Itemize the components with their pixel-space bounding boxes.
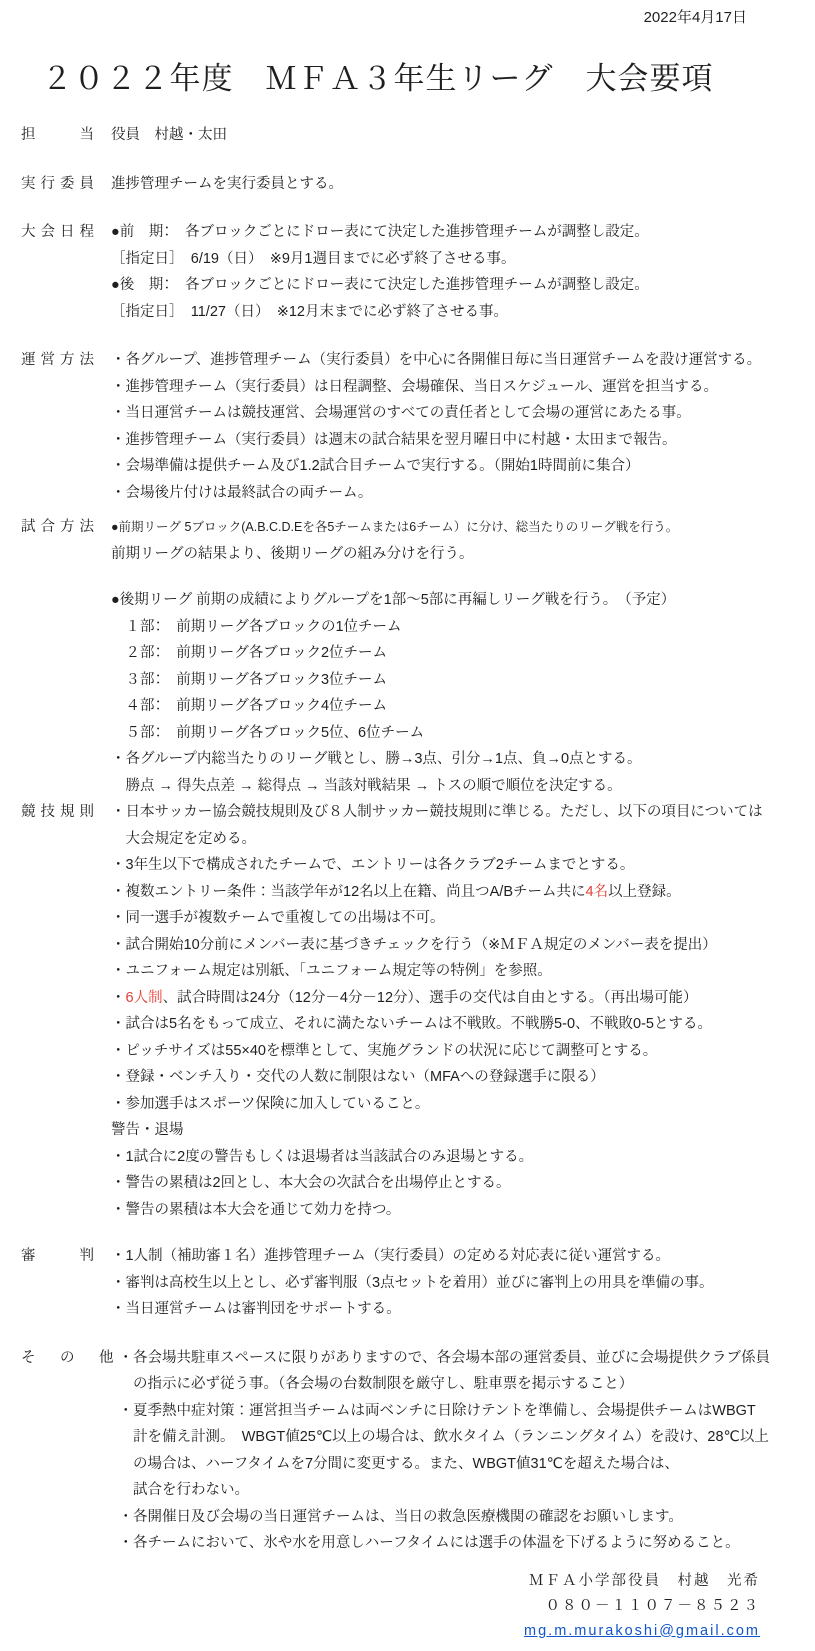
content-line: ・各グループ内総当たりのリーグ戦とし、勝→3点、引分→1点、負→0点とする。 bbox=[111, 746, 805, 773]
content-line: ・試合開始10分前にメンバー表に基づきチェックを行う（※ＭＦＡ規定のメンバー表を… bbox=[111, 932, 805, 959]
highlight-red-text: 4名 bbox=[586, 884, 609, 900]
section-unei-hoho: 運営方法・各グループ、進捗管理チーム（実行委員）を中心に各開催日毎に当日運営チー… bbox=[0, 347, 815, 506]
content-line: ３部： 前期リーグ各ブロック3位チーム bbox=[111, 667, 805, 694]
section-sonota: そ の 他・各会場共駐車スペースに限りがありますので、各会場本部の運営委員、並び… bbox=[0, 1345, 815, 1557]
content-line: ・同一選手が複数チームで重複しての出場は不可。 bbox=[111, 905, 805, 932]
content-line: ・試合は5名をもって成立、それに満たないチームは不戦敗。不戦勝5-0、不戦敗0-… bbox=[111, 1011, 805, 1038]
content-line: ・警告の累積は本大会を通じて効力を持つ。 bbox=[111, 1197, 805, 1224]
page-title: ２０２２年度 ＭＦＡ３年生リーグ 大会要項 bbox=[0, 58, 815, 100]
content-line: ・6人制、試合時間は24分（12分－4分－12分）、選手の交代は自由とする。（再… bbox=[111, 985, 805, 1012]
content-line: ・ユニフォーム規定は別紙、「ユニフォーム規定等の特例」を参照。 bbox=[111, 958, 805, 985]
section-label-unei-hoho: 運営方法 bbox=[0, 347, 111, 506]
content-line: ・1試合に2度の警告もしくは退場者は当該試合のみ退場とする。 bbox=[111, 1144, 805, 1171]
sections: 担 当役員 村越・太田実行委員進捗管理チームを実行委員とする。大会日程●前 期：… bbox=[0, 122, 815, 1557]
content-line: １部： 前期リーグ各ブロックの1位チーム bbox=[111, 614, 805, 641]
section-label-kyogi-kisoku: 競技規則 bbox=[0, 799, 111, 1223]
content-line: ［指定日］ 6/19（日） ※9月1週目までに必ず終了させる事。 bbox=[111, 246, 805, 273]
content-line: ●前期リーグ 5ブロック(A.B.C.D.Eを各5チームまたは6チーム）に分け、… bbox=[111, 514, 805, 541]
content-line: ・ピッチサイズは55×40を標準として、実施グランドの状況に応じて調整可とする。 bbox=[111, 1038, 805, 1065]
content-line: ４部： 前期リーグ各ブロック4位チーム bbox=[111, 693, 805, 720]
content-line: ・各グループ、進捗管理チーム（実行委員）を中心に各開催日毎に当日運営チームを設け… bbox=[111, 347, 805, 374]
content-line: ・審判は高校生以上とし、必ず審判服（3点セットを着用）並びに審判上の用具を準備の… bbox=[111, 1270, 805, 1297]
content-line: ・進捗管理チーム（実行委員）は週末の試合結果を翌月曜日中に村越・太田まで報告。 bbox=[111, 427, 805, 454]
content-line: ・各会場共駐車スペースに限りがありますので、各会場本部の運営委員、並びに会場提供… bbox=[119, 1345, 806, 1372]
content-line: ・複数エントリー条件：当該学年が12名以上在籍、尚且つA/Bチーム共に4名以上登… bbox=[111, 879, 805, 906]
content-line: 試合を行わない。 bbox=[119, 1477, 806, 1504]
section-content-shinpan: ・1人制（補助審１名）進捗管理チーム（実行委員）の定める対応表に従い運営する。・… bbox=[111, 1243, 815, 1323]
section-tanto: 担 当役員 村越・太田 bbox=[0, 122, 815, 149]
section-kyogi-kisoku: 競技規則・日本サッカー協会競技規則及び８人制サッカー競技規則に準じる。ただし、以… bbox=[0, 799, 815, 1223]
content-line: の場合は、ハーフタイムを7分間に変更する。また、WBGT値31℃を超えた場合は、 bbox=[119, 1451, 806, 1478]
content-line: ・日本サッカー協会競技規則及び８人制サッカー競技規則に準じる。ただし、以下の項目… bbox=[111, 799, 805, 826]
content-line: 前期リーグの結果より、後期リーグの組み分けを行う。 bbox=[111, 541, 805, 568]
section-label-shiai-hoho: 試合方法 bbox=[0, 514, 111, 799]
content-line: ・各開催日及び会場の当日運営チームは、当日の救急医療機関の確認をお願いします。 bbox=[119, 1504, 806, 1531]
section-content-jikko-iin: 進捗管理チームを実行委員とする。 bbox=[111, 171, 815, 198]
content-line: ・参加選手はスポーツ保険に加入していること。 bbox=[111, 1091, 805, 1118]
content-line: ・当日運営チームは審判団をサポートする。 bbox=[111, 1296, 805, 1323]
content-line: ●後期リーグ 前期の成績によりグループを1部～5部に再編しリーグ戦を行う。 （予… bbox=[111, 587, 805, 614]
content-line: 役員 村越・太田 bbox=[111, 122, 805, 149]
section-label-tanto: 担 当 bbox=[0, 122, 111, 149]
section-taikai-nittei: 大会日程●前 期： 各ブロックごとにドロー表にて決定した進捗管理チームが調整し設… bbox=[0, 219, 815, 325]
content-line: ・1人制（補助審１名）進捗管理チーム（実行委員）の定める対応表に従い運営する。 bbox=[111, 1243, 805, 1270]
content-line: ・当日運営チームは競技運営、会場運営のすべての責任者として会場の運営にあたる事。 bbox=[111, 400, 805, 427]
section-content-kyogi-kisoku: ・日本サッカー協会競技規則及び８人制サッカー競技規則に準じる。ただし、以下の項目… bbox=[111, 799, 815, 1223]
footer-email-link[interactable]: mg.m.murakoshi@gmail.com bbox=[524, 1623, 760, 1639]
footer-phone-number: ０８０－１１０７－８５２３ bbox=[0, 1594, 760, 1619]
content-line: ・各チームにおいて、氷や水を用意しハーフタイムには選手の体温を下げるように努める… bbox=[119, 1530, 806, 1557]
section-content-shiai-hoho: ●前期リーグ 5ブロック(A.B.C.D.Eを各5チームまたは6チーム）に分け、… bbox=[111, 514, 815, 799]
section-content-sonota: ・各会場共駐車スペースに限りがありますので、各会場本部の運営委員、並びに会場提供… bbox=[119, 1345, 815, 1557]
section-content-taikai-nittei: ●前 期： 各ブロックごとにドロー表にて決定した進捗管理チームが調整し設定。［指… bbox=[111, 219, 815, 325]
footer-contact-block: ＭＦＡ小学部役員 村越 光希 ０８０－１１０７－８５２３ mg.m.murako… bbox=[0, 1569, 815, 1644]
section-content-unei-hoho: ・各グループ、進捗管理チーム（実行委員）を中心に各開催日毎に当日運営チームを設け… bbox=[111, 347, 815, 506]
content-line: 進捗管理チームを実行委員とする。 bbox=[111, 171, 805, 198]
section-label-shinpan: 審 判 bbox=[0, 1243, 111, 1323]
document-page: 2022年4月17日 ２０２２年度 ＭＦＡ３年生リーグ 大会要項 担 当役員 村… bbox=[0, 0, 815, 1651]
content-line: ・会場準備は提供チーム及び1.2試合目チームで実行する。（開始1時間前に集合） bbox=[111, 453, 805, 480]
content-line: の指示に必ず従う事。（各会場の台数制限を厳守し、駐車票を掲示すること） bbox=[119, 1371, 806, 1398]
content-line: 大会規定を定める。 bbox=[111, 826, 805, 853]
content-line: ５部： 前期リーグ各ブロック5位、6位チーム bbox=[111, 720, 805, 747]
content-line: ●前 期： 各ブロックごとにドロー表にて決定した進捗管理チームが調整し設定。 bbox=[111, 219, 805, 246]
content-line: ・警告の累積は2回とし、本大会の次試合を出場停止とする。 bbox=[111, 1170, 805, 1197]
content-line: ・3年生以下で構成されたチームで、エントリーは各クラブ2チームまでとする。 bbox=[111, 852, 805, 879]
content-line: ●後 期： 各ブロックごとにドロー表にて決定した進捗管理チームが調整し設定。 bbox=[111, 272, 805, 299]
content-line: 勝点 → 得失点差 → 総得点 → 当該対戦結果 → トスの順で順位を決定する。 bbox=[111, 773, 805, 800]
section-label-sonota: そ の 他 bbox=[0, 1345, 119, 1557]
section-label-taikai-nittei: 大会日程 bbox=[0, 219, 111, 325]
content-line: ２部： 前期リーグ各ブロック2位チーム bbox=[111, 640, 805, 667]
section-shiai-hoho: 試合方法●前期リーグ 5ブロック(A.B.C.D.Eを各5チームまたは6チーム）… bbox=[0, 514, 815, 799]
section-shinpan: 審 判・1人制（補助審１名）進捗管理チーム（実行委員）の定める対応表に従い運営す… bbox=[0, 1243, 815, 1323]
section-label-jikko-iin: 実行委員 bbox=[0, 171, 111, 198]
content-line: 警告・退場 bbox=[111, 1117, 805, 1144]
section-content-tanto: 役員 村越・太田 bbox=[111, 122, 815, 149]
document-date: 2022年4月17日 bbox=[0, 0, 815, 28]
content-line: ・会場後片付けは最終試合の両チーム。 bbox=[111, 480, 805, 507]
highlight-red-text: 6人制 bbox=[126, 990, 163, 1006]
footer-contact-name: ＭＦＡ小学部役員 村越 光希 bbox=[0, 1569, 760, 1594]
content-line: 計を備え計測。 WBGT値25℃以上の場合は、飲水タイム（ランニングタイム）を設… bbox=[119, 1424, 806, 1451]
content-line: ・進捗管理チーム（実行委員）は日程調整、会場確保、当日スケジュール、運営を担当す… bbox=[111, 374, 805, 401]
content-line: ・夏季熱中症対策：運営担当チームは両ベンチに日除けテントを準備し、会場提供チーム… bbox=[119, 1398, 806, 1425]
content-line: ・登録・ベンチ入り・交代の人数に制限はない（MFAへの登録選手に限る） bbox=[111, 1064, 805, 1091]
content-line: ［指定日］ 11/27（日） ※12月末までに必ず終了させる事。 bbox=[111, 299, 805, 326]
section-jikko-iin: 実行委員進捗管理チームを実行委員とする。 bbox=[0, 171, 815, 198]
